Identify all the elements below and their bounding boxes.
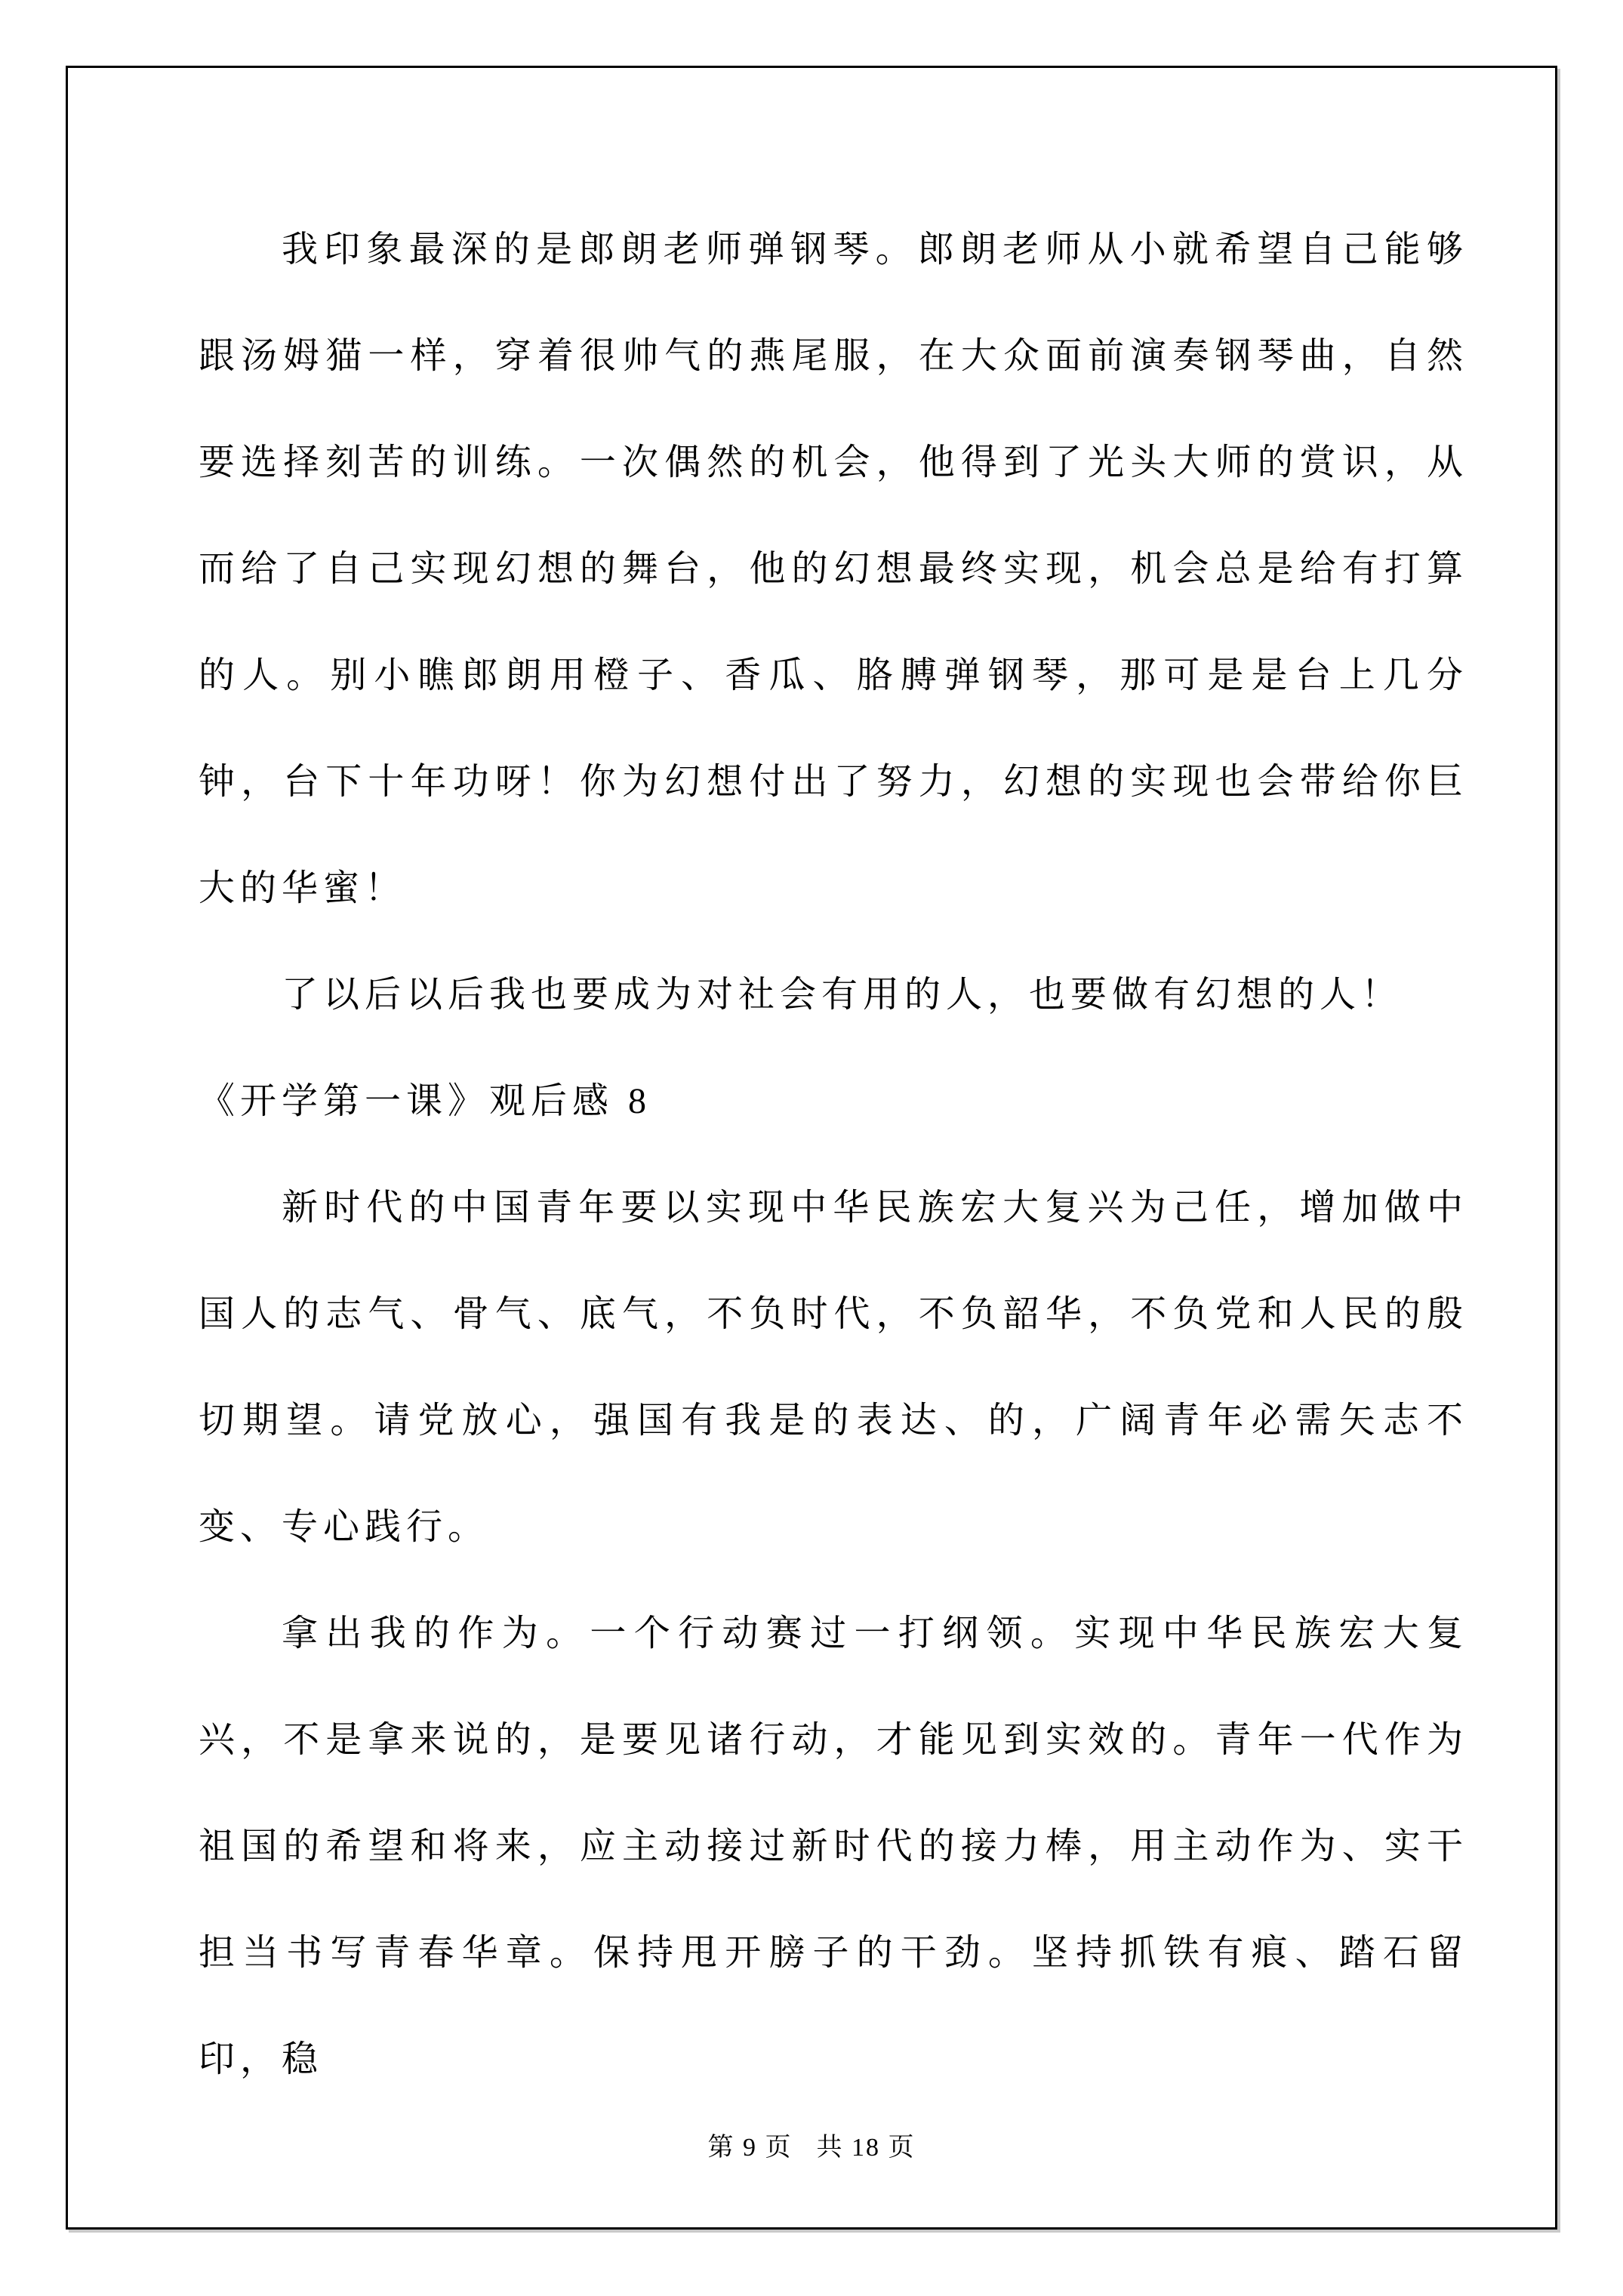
paragraph-useful-person: 了以后以后我也要成为对社会有用的人，也要做有幻想的人！ (199, 942, 1468, 1048)
document-body-text: 我印象最深的是郎朗老师弹钢琴。郎朗老师从小就希望自己能够跟汤姆猫一样，穿着很帅气… (199, 196, 1468, 2113)
footer-current-page-label: 第 9 页 (708, 2134, 793, 2162)
page-footer: 第 9 页共 18 页 (68, 2126, 1555, 2163)
paragraph-langlang-piano: 我印象最深的是郎朗老师弹钢琴。郎朗老师从小就希望自己能够跟汤姆猫一样，穿着很帅气… (199, 196, 1468, 942)
page-border-frame: 我印象最深的是郎朗老师弹钢琴。郎朗老师从小就希望自己能够跟汤姆猫一样，穿着很帅气… (66, 66, 1557, 2230)
document-canvas: { "document": { "paragraphs": [ { "text"… (0, 0, 1623, 2296)
paragraph-new-era-youth: 新时代的中国青年要以实现中华民族宏大复兴为己任，增加做中国人的志气、骨气、底气，… (199, 1154, 1468, 1580)
footer-total-pages-label: 共 18 页 (817, 2134, 916, 2162)
paragraph-take-action: 拿出我的作为。一个行动赛过一打纲领。实现中华民族宏大复兴，不是拿来说的，是要见诸… (199, 1580, 1468, 2113)
section-heading-review-8: 《开学第一课》观后感 8 (199, 1048, 1468, 1154)
